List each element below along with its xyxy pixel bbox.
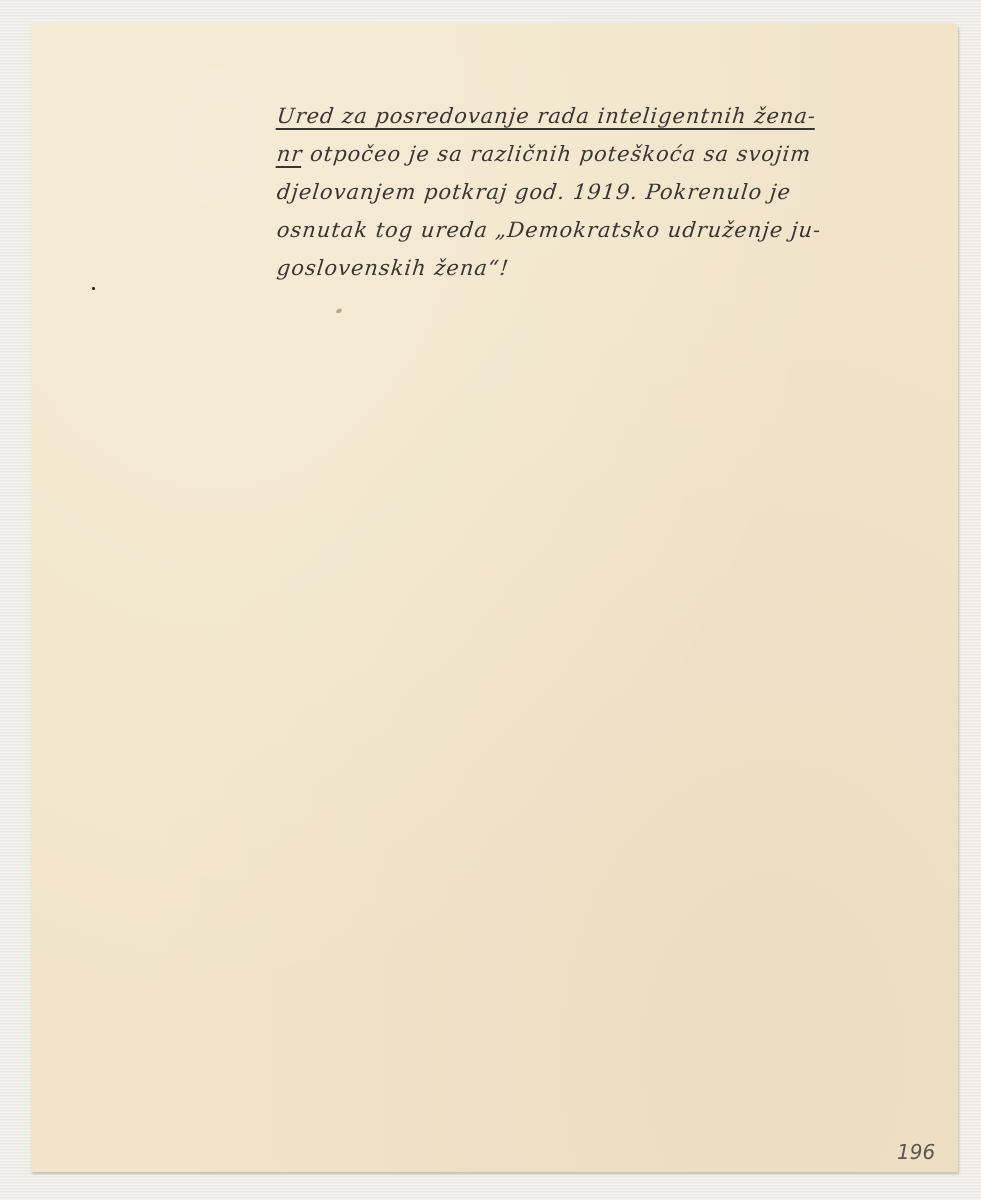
- text-line-2-rest: otpočeo je sa različnih poteškoća sa svo…: [301, 142, 812, 166]
- text-line-4: osnutak tog ureda „Demokratsko udruženje…: [275, 211, 981, 249]
- text-line-3: djelovanjem potkraj god. 1919. Pokrenulo…: [275, 173, 981, 211]
- handwritten-text-block: Ured za posredovanje rada inteligentnih …: [277, 97, 981, 287]
- text-line-1: Ured za posredovanje rada inteligentnih …: [275, 97, 981, 135]
- text-line-2: nr otpočeo je sa različnih poteškoća sa …: [275, 135, 981, 173]
- page-number: 196: [897, 1140, 935, 1164]
- text-line-2-underlined: nr: [276, 142, 304, 166]
- ink-spot: [92, 287, 95, 290]
- text-line-5: goslovenskih žena“!: [275, 249, 981, 287]
- manuscript-page: Ured za posredovanje rada inteligentnih …: [31, 23, 958, 1172]
